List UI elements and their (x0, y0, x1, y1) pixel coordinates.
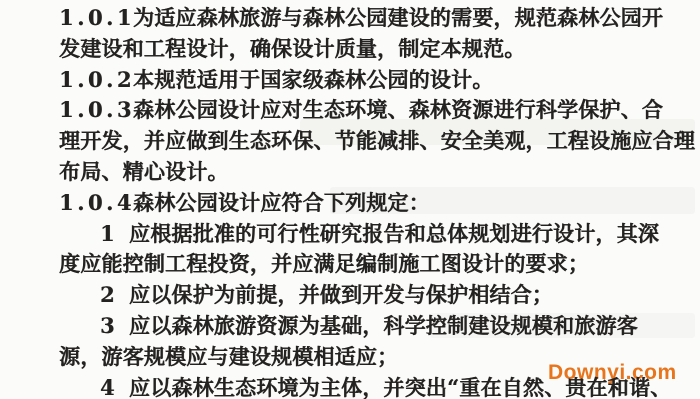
line-text: 本规范适用于国家级森林公园的设计。 (133, 67, 493, 92)
wrapped-line: 度应能控制工程投资，并应满足编制施工图设计的要求； (0, 249, 700, 280)
line-text: 应以森林旅游资源为基础，科学控制建设规模和旅游客 (129, 313, 638, 338)
line-text: 森林公园设计应符合下列规定： (133, 190, 430, 215)
line-text: 森林公园设计应对生态环境、森林资源进行科学保护、合 (133, 97, 663, 122)
item-number: 1 (100, 219, 129, 250)
line-text: 度应能控制工程投资，并应满足编制施工图设计的要求； (59, 251, 589, 276)
scanned-document-page: Downyi.com 1.0.1为适应森林旅游与森林公园建设的需要，规范森林公园… (0, 0, 700, 399)
clause-number: 1.0.4 (59, 188, 133, 219)
clause-number: 1.0.3 (59, 95, 133, 126)
line-text: 应根据批准的可行性研究报告和总体规划进行设计，其深 (129, 221, 659, 246)
wrapped-line: 源，游客规模应与建设规模相适应； (0, 342, 700, 373)
sub-item-line: 1应根据批准的可行性研究报告和总体规划进行设计，其深 (0, 219, 700, 250)
wrapped-line: 发建设和工程设计，确保设计质量，制定本规范。 (0, 34, 700, 65)
clause-line: 1.0.4森林公园设计应符合下列规定： (0, 188, 700, 219)
line-text: 为适应森林旅游与森林公园建设的需要，规范森林公园开 (133, 5, 663, 30)
clause-line: 1.0.3森林公园设计应对生态环境、森林资源进行科学保护、合 (0, 95, 700, 126)
clause-number: 1.0.2 (59, 65, 133, 96)
sub-item-line: 4应以森林生态环境为主体，并突出“重在自然、贵在和谐、 (0, 373, 700, 399)
sub-item-line: 3应以森林旅游资源为基础，科学控制建设规模和旅游客 (0, 311, 700, 342)
clause-line: 1.0.1为适应森林旅游与森林公园建设的需要，规范森林公园开 (0, 3, 700, 34)
item-number: 2 (100, 280, 129, 311)
document-body: 1.0.1为适应森林旅游与森林公园建设的需要，规范森林公园开 发建设和工程设计，… (0, 0, 700, 399)
sub-item-line: 2应以保护为前提，并做到开发与保护相结合； (0, 280, 700, 311)
line-text: 应以保护为前提，并做到开发与保护相结合； (129, 282, 553, 307)
line-text: 源，游客规模应与建设规模相适应； (59, 344, 398, 369)
item-number: 4 (100, 373, 129, 399)
line-text: 应以森林生态环境为主体，并突出“重在自然、贵在和谐、 (129, 375, 671, 399)
clause-line: 1.0.2本规范适用于国家级森林公园的设计。 (0, 65, 700, 96)
line-text: 理开发，并应做到生态环保、节能减排、安全美观，工程设施应合理 (59, 128, 695, 153)
item-number: 3 (100, 311, 129, 342)
line-text: 发建设和工程设计，确保设计质量，制定本规范。 (59, 36, 525, 61)
line-text: 布局、精心设计。 (59, 159, 229, 184)
wrapped-line: 布局、精心设计。 (0, 157, 700, 188)
clause-number: 1.0.1 (59, 3, 133, 34)
wrapped-line: 理开发，并应做到生态环保、节能减排、安全美观，工程设施应合理 (0, 126, 700, 157)
